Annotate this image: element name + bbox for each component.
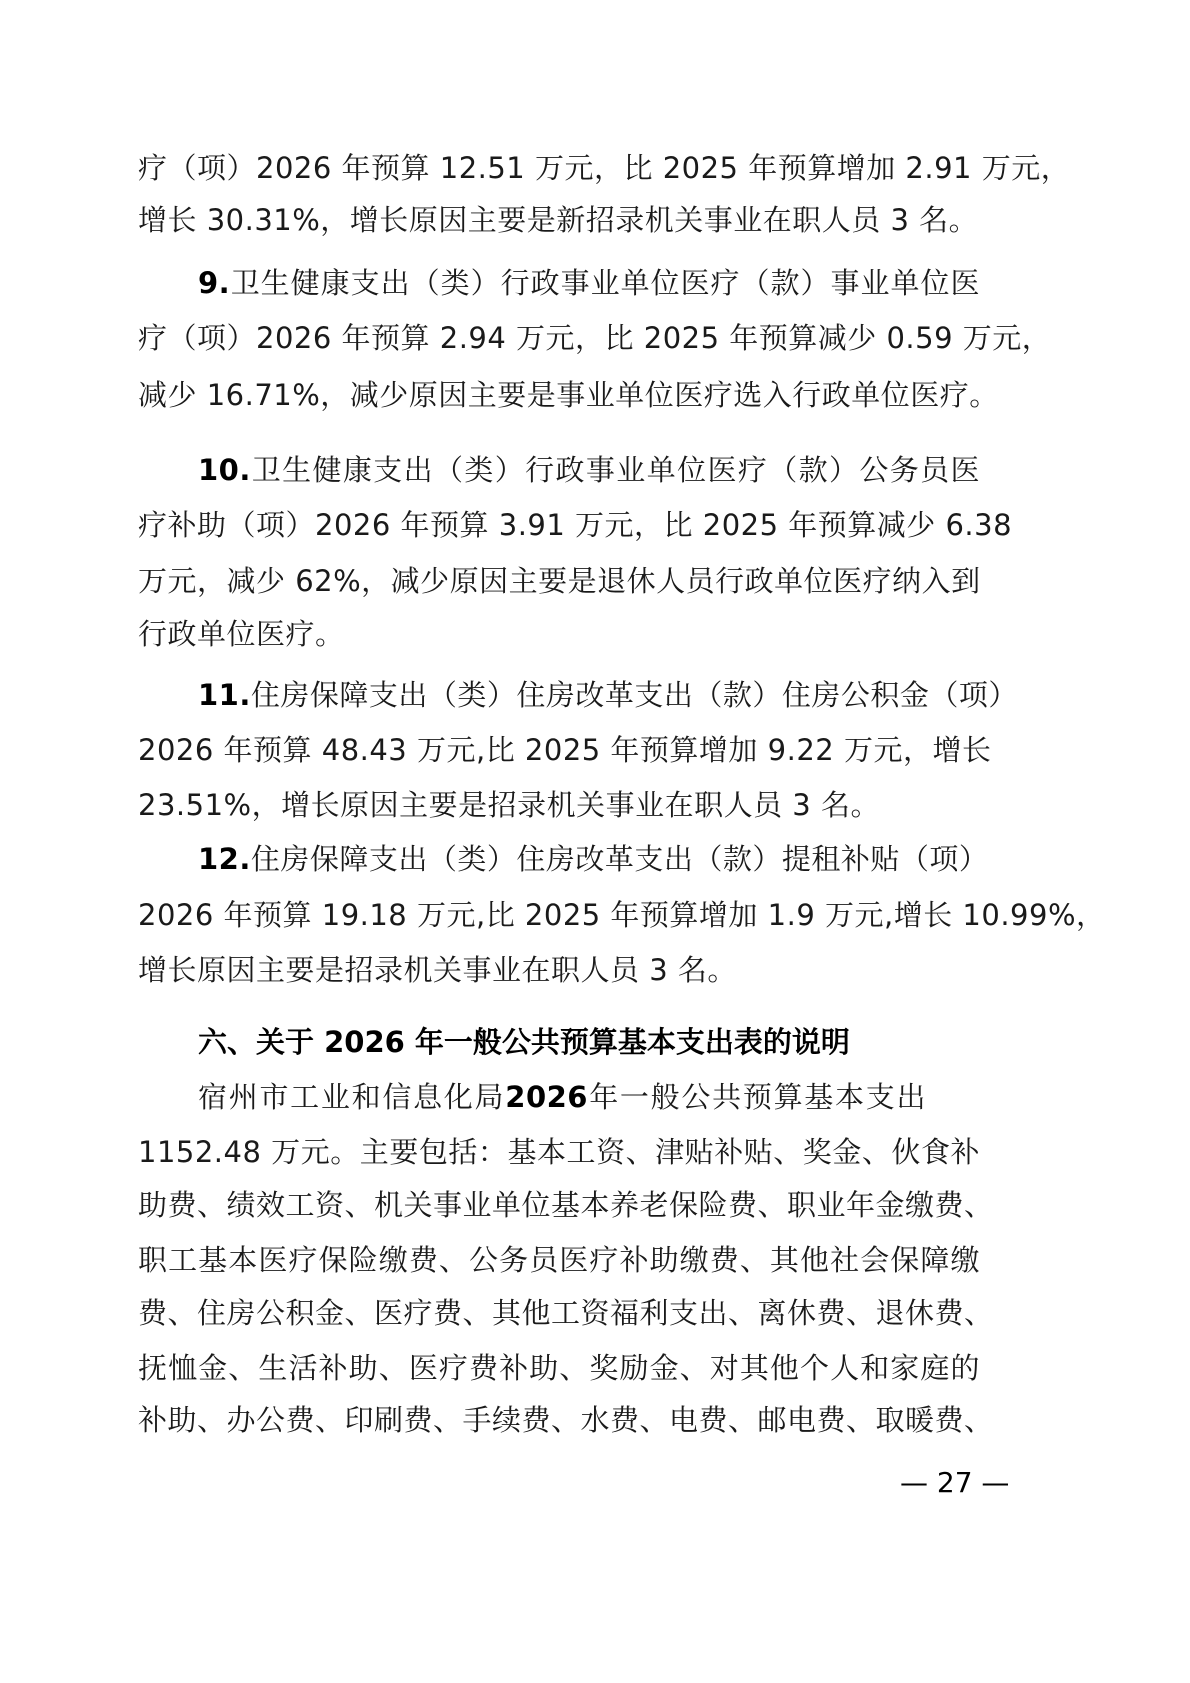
paragraph-12-text: 住房保障支出（类）住房改革支出（款）提租补贴（项） bbox=[251, 842, 989, 876]
section-6-line-2: 1152.48 万元。主要包括：基本工资、津贴补贴、奖金、伙食补 bbox=[138, 1132, 980, 1172]
paragraph-10-line-2: 疗补助（项）2026 年预算 3.91 万元，比 2025 年预算减少 6.38 bbox=[138, 505, 980, 545]
paragraph-11-number: 11. bbox=[198, 678, 251, 712]
section-6-line-6: 抚恤金、生活补助、医疗费补助、奖励金、对其他个人和家庭的 bbox=[138, 1348, 980, 1388]
paragraph-10-text: 卫生健康支出（类）行政事业单位医疗（款）公务员医 bbox=[251, 453, 980, 487]
section-6-line-1: 宿州市工业和信息化局2026年一般公共预算基本支出 bbox=[198, 1077, 926, 1117]
section-6-line-3: 助费、绩效工资、机关事业单位基本养老保险费、职业年金缴费、 bbox=[138, 1185, 980, 1225]
page-number: — 27 — bbox=[900, 1463, 1009, 1503]
paragraph-10-number: 10. bbox=[198, 453, 251, 487]
paragraph-8-line-2: 增长 30.31%，增长原因主要是新招录机关事业在职人员 3 名。 bbox=[138, 200, 980, 240]
paragraph-12-number: 12. bbox=[198, 842, 251, 876]
paragraph-9-text: 卫生健康支出（类）行政事业单位医疗（款）事业单位医 bbox=[230, 266, 980, 300]
paragraph-11-line-3: 23.51%，增长原因主要是招录机关事业在职人员 3 名。 bbox=[138, 785, 980, 825]
section-heading: 六、关于 2026 年一般公共预算基本支出表的说明 bbox=[198, 1022, 850, 1062]
section-6-line-4: 职工基本医疗保险缴费、公务员医疗补助缴费、其他社会保障缴 bbox=[138, 1240, 980, 1280]
paragraph-10-line-3: 万元，减少 62%，减少原因主要是退休人员行政单位医疗纳入到 bbox=[138, 561, 980, 601]
paragraph-9-number: 9. bbox=[198, 266, 230, 300]
paragraph-12-line-3: 增长原因主要是招录机关事业在职人员 3 名。 bbox=[138, 950, 980, 990]
paragraph-9-line-2: 疗（项）2026 年预算 2.94 万元，比 2025 年预算减少 0.59 万… bbox=[138, 318, 980, 358]
section-6-line-1-suffix: 年一般公共预算基本支出 bbox=[588, 1080, 926, 1114]
paragraph-9-line-3: 减少 16.71%，减少原因主要是事业单位医疗选入行政单位医疗。 bbox=[138, 375, 980, 415]
paragraph-12-line-1: 12.住房保障支出（类）住房改革支出（款）提租补贴（项） bbox=[198, 839, 980, 879]
year-bold: 2026 bbox=[505, 1080, 588, 1114]
paragraph-11-line-2: 2026 年预算 48.43 万元,比 2025 年预算增加 9.22 万元，增… bbox=[138, 730, 980, 770]
document-page: 疗（项）2026 年预算 12.51 万元，比 2025 年预算增加 2.91 … bbox=[0, 0, 1190, 1683]
section-6-line-7: 补助、办公费、印刷费、手续费、水费、电费、邮电费、取暖费、 bbox=[138, 1400, 980, 1440]
paragraph-11-text: 住房保障支出（类）住房改革支出（款）住房公积金（项） bbox=[251, 678, 1018, 712]
paragraph-8-line-1: 疗（项）2026 年预算 12.51 万元，比 2025 年预算增加 2.91 … bbox=[138, 148, 980, 188]
paragraph-10-line-4: 行政单位医疗。 bbox=[138, 614, 980, 654]
paragraph-11-line-1: 11.住房保障支出（类）住房改革支出（款）住房公积金（项） bbox=[198, 675, 980, 715]
paragraph-12-line-2: 2026 年预算 19.18 万元,比 2025 年预算增加 1.9 万元,增长… bbox=[138, 895, 980, 935]
paragraph-9-line-1: 9.卫生健康支出（类）行政事业单位医疗（款）事业单位医 bbox=[198, 263, 980, 303]
section-6-line-5: 费、住房公积金、医疗费、其他工资福利支出、离休费、退休费、 bbox=[138, 1293, 980, 1333]
paragraph-10-line-1: 10.卫生健康支出（类）行政事业单位医疗（款）公务员医 bbox=[198, 450, 980, 490]
org-name: 宿州市工业和信息化局 bbox=[198, 1080, 505, 1114]
